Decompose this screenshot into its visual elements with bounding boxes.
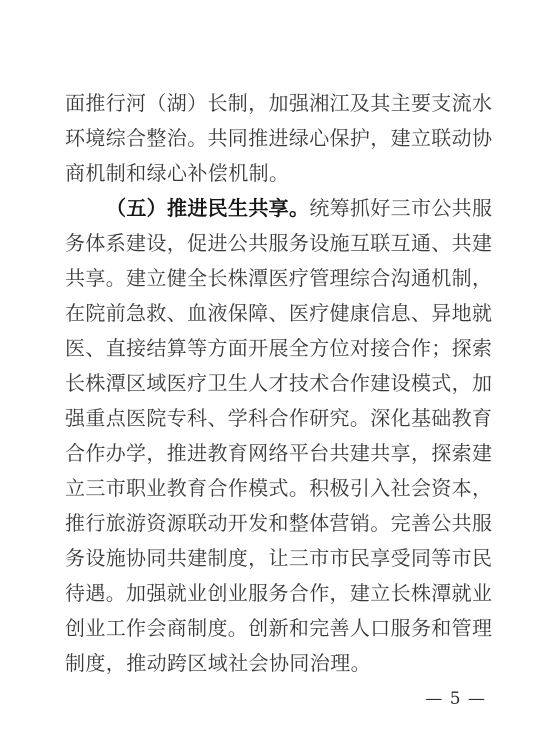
text-line: 制度，推动跨区域社会协同治理。: [65, 646, 492, 681]
text-line: 务设施协同共建制度，让三市市民享受同等市民: [65, 541, 492, 576]
body-text: 待遇。加强就业创业服务合作，建立长株潭就业: [65, 581, 492, 605]
body-text: 统筹抓好三市公共服: [309, 196, 492, 220]
text-line: 共享。建立健全长株潭医疗管理综合沟通机制，: [65, 261, 492, 296]
bold-heading-text: （五）推进民生共享。: [106, 196, 309, 220]
body-text: 强重点医院专科、学科合作研究。深化基础教育: [65, 406, 492, 430]
page-number: — 5 —: [65, 688, 492, 710]
text-line: 环境综合整治。共同推进绿心保护，建立联动协: [65, 121, 492, 156]
text-line: 务体系建设，促进公共服务设施互联互通、共建: [65, 226, 492, 261]
text-line: 待遇。加强就业创业服务合作，建立长株潭就业: [65, 576, 492, 611]
text-line: 推行旅游资源联动开发和整体营销。完善公共服: [65, 506, 492, 541]
body-text: 环境综合整治。共同推进绿心保护，建立联动协: [65, 126, 492, 150]
body-text: 医、直接结算等方面开展全方位对接合作；探索: [65, 336, 492, 360]
body-text: 务体系建设，促进公共服务设施互联互通、共建: [65, 231, 492, 255]
text-line: 面推行河（湖）长制，加强湘江及其主要支流水: [65, 86, 492, 121]
text-line: （五）推进民生共享。统筹抓好三市公共服: [65, 191, 492, 226]
text-line: 合作办学，推进教育网络平台共建共享，探索建: [65, 436, 492, 471]
document-body: 面推行河（湖）长制，加强湘江及其主要支流水环境综合整治。共同推进绿心保护，建立联…: [65, 86, 492, 681]
body-text: 立三市职业教育合作模式。积极引入社会资本，: [65, 476, 492, 500]
text-line: 商机制和绿心补偿机制。: [65, 156, 492, 191]
text-line: 创业工作会商制度。创新和完善人口服务和管理: [65, 611, 492, 646]
document-page: 面推行河（湖）长制，加强湘江及其主要支流水环境综合整治。共同推进绿心保护，建立联…: [0, 0, 550, 752]
body-text: 在院前急救、血液保障、医疗健康信息、异地就: [65, 301, 492, 325]
body-text: 共享。建立健全长株潭医疗管理综合沟通机制，: [65, 266, 492, 290]
text-line: 长株潭区域医疗卫生人才技术合作建设模式，加: [65, 366, 492, 401]
text-line: 医、直接结算等方面开展全方位对接合作；探索: [65, 331, 492, 366]
text-line: 立三市职业教育合作模式。积极引入社会资本，: [65, 471, 492, 506]
body-text: 面推行河（湖）长制，加强湘江及其主要支流水: [65, 91, 492, 115]
body-text: 合作办学，推进教育网络平台共建共享，探索建: [65, 441, 492, 465]
body-text: 务设施协同共建制度，让三市市民享受同等市民: [65, 546, 492, 570]
text-line: 强重点医院专科、学科合作研究。深化基础教育: [65, 401, 492, 436]
body-text: 制度，推动跨区域社会协同治理。: [65, 651, 371, 675]
text-line: 在院前急救、血液保障、医疗健康信息、异地就: [65, 296, 492, 331]
body-text: 长株潭区域医疗卫生人才技术合作建设模式，加: [65, 371, 492, 395]
body-text: 推行旅游资源联动开发和整体营销。完善公共服: [65, 511, 492, 535]
body-text: 创业工作会商制度。创新和完善人口服务和管理: [65, 616, 492, 640]
body-text: 商机制和绿心补偿机制。: [65, 161, 289, 185]
